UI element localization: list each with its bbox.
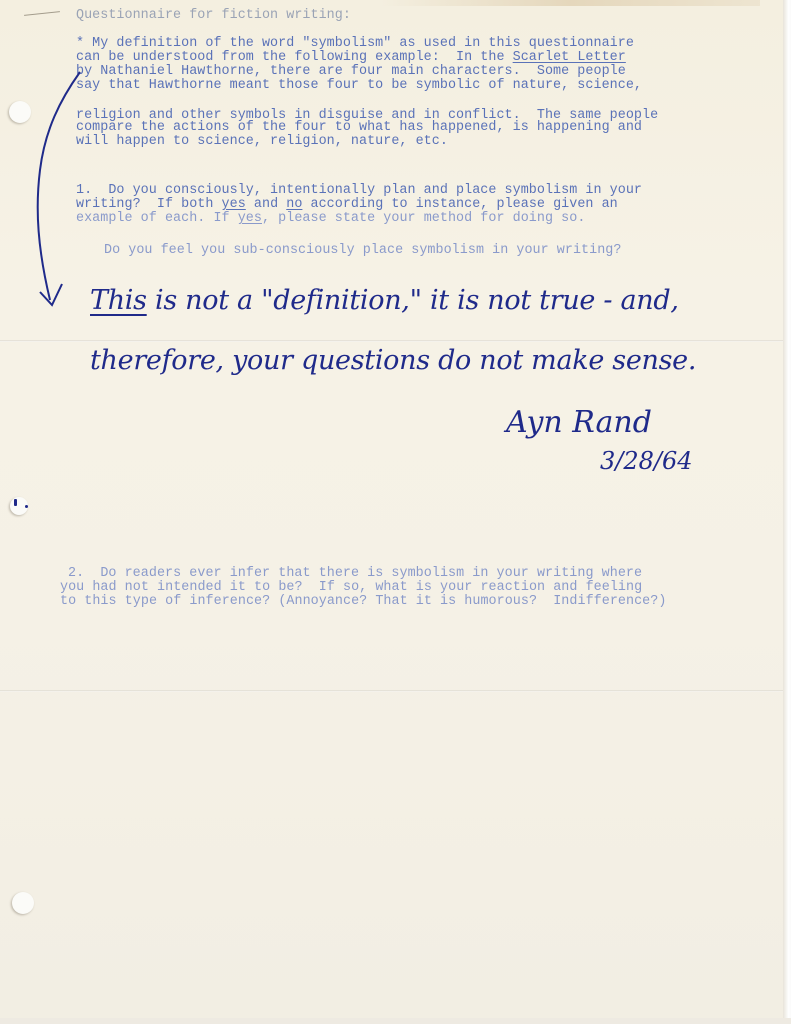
question-line: writing? If both yes and no according to… — [76, 198, 618, 211]
scanned-page: Questionnaire for fiction writing: * My … — [0, 0, 783, 1018]
paragraph-line: can be understood from the following exa… — [76, 51, 626, 64]
question-line: 1. Do you consciously, intentionally pla… — [76, 184, 642, 197]
question-line: to this type of inference? (Annoyance? T… — [60, 595, 666, 608]
question-text: and — [246, 197, 286, 212]
paragraph-line: say that Hawthorne meant those four to b… — [76, 79, 642, 92]
no-word: no — [286, 197, 302, 212]
yes-word: yes — [222, 197, 246, 212]
paragraph-line: will happen to science, religion, nature… — [76, 135, 448, 148]
paragraph-line: compare the actions of the four to what … — [76, 121, 642, 134]
question-line: you had not intended it to be? If so, wh… — [60, 581, 642, 594]
page-edge — [783, 0, 791, 1024]
paragraph-text: can be understood from the following exa… — [76, 50, 513, 65]
book-title: Scarlet Letter — [513, 50, 626, 65]
reply-line: therefore, your questions do not make se… — [90, 345, 696, 376]
reply-text: is not a "definition," it is not true - … — [147, 285, 679, 316]
reply-emphasis: This — [90, 285, 147, 316]
question-text: , please state your method for doing so. — [262, 211, 585, 226]
paragraph-line: * My definition of the word "symbolism" … — [76, 37, 634, 50]
fold-line — [0, 690, 783, 692]
hole-punch — [12, 892, 34, 914]
reply-line: This is not a "definition," it is not tr… — [90, 285, 679, 316]
fold-line — [0, 340, 783, 342]
paragraph-line: by Nathaniel Hawthorne, there are four m… — [76, 65, 626, 78]
yes-word: yes — [238, 211, 262, 226]
signature-date: 3/28/64 — [600, 447, 693, 475]
question-text: according to instance, please given an — [302, 197, 617, 212]
question-line: 2. Do readers ever infer that there is s… — [68, 567, 642, 580]
handwritten-arrow-icon — [0, 0, 120, 330]
paper-stain — [380, 0, 760, 6]
ink-mark — [25, 505, 28, 508]
question-line: example of each. If yes, please state yo… — [76, 212, 585, 225]
page-edge — [0, 1018, 791, 1024]
sub-question: Do you feel you sub-consciously place sy… — [104, 244, 621, 257]
signature: Ayn Rand — [506, 405, 652, 440]
ink-mark — [14, 499, 17, 506]
